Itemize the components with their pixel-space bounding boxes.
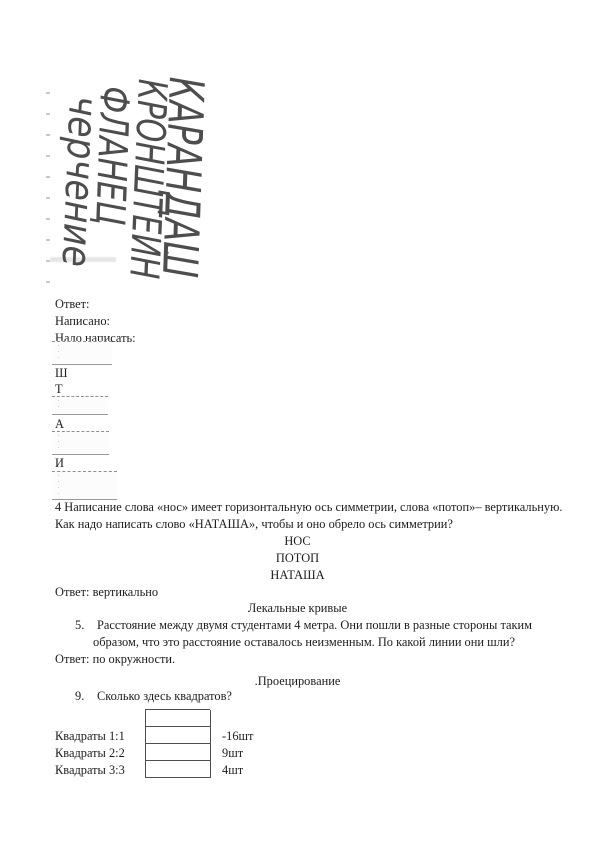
squares-count-label: Квадраты 3:3	[55, 762, 125, 779]
item-5-line-1: Расстояние между двумя студентами 4 метр…	[97, 617, 532, 634]
grid-cell	[146, 727, 163, 744]
item-5-number: 5.	[75, 617, 84, 634]
answer-label: Ответ:	[55, 296, 90, 313]
item-9-question: Сколько здесь квадратов?	[97, 688, 232, 705]
grid-cell	[162, 710, 179, 727]
symmetry-task-line-1: 4 Написание слова «нос» имеет горизонтал…	[55, 499, 562, 516]
projection-section-heading: .Проецирование	[0, 673, 595, 690]
scan-fragment-box	[52, 341, 112, 365]
scan-fragment-box	[52, 471, 117, 500]
grid-cell	[178, 727, 195, 744]
grid-cell	[178, 761, 195, 778]
symmetry-task-line-2: Как надо написать слово «НАТАША», чтобы …	[55, 516, 453, 533]
grid-cell	[194, 744, 211, 761]
lettering-word-karandash: КАРАНДАШ	[155, 76, 210, 278]
squares-count-label: Квадраты 2:2	[55, 745, 125, 762]
grid-cell	[162, 744, 179, 761]
grid-cell	[194, 727, 211, 744]
item-9-number: 9.	[75, 688, 84, 705]
grid-cell	[162, 727, 179, 744]
squares-count-value: 9шт	[222, 745, 243, 762]
squares-count-label: Квадраты 1:1	[55, 728, 125, 745]
scan-fragment-box	[52, 396, 108, 415]
practice-letter-sh: Ш	[55, 365, 68, 382]
grid-cell	[146, 761, 163, 778]
squares-count-value: -16шт	[222, 728, 253, 745]
grid-cell	[178, 744, 195, 761]
scan-tick-marks	[46, 92, 50, 292]
grid-cell	[146, 710, 163, 727]
document-page: черчение ФЛАНЕЦ КРОНШТЕЙН КАРАНДАШ Ответ…	[0, 0, 595, 842]
grid-cell	[178, 710, 195, 727]
example-word-nos: НОС	[0, 533, 595, 550]
grid-cell	[194, 710, 211, 727]
grid-cell	[194, 761, 211, 778]
curves-answer: Ответ: по окружности.	[55, 651, 175, 668]
scan-fragment-box	[52, 431, 109, 455]
curves-section-heading: Лекальные кривые	[0, 600, 595, 617]
example-word-potop: ПОТОП	[0, 550, 595, 567]
item-5-line-2: образом, что это расстояние оставалось н…	[93, 634, 515, 651]
grid-cell	[162, 761, 179, 778]
grid-cell	[146, 744, 163, 761]
squares-count-value: 4шт	[222, 762, 243, 779]
practice-letter-i: И	[55, 455, 64, 472]
symmetry-answer: Ответ: вертикально	[55, 584, 158, 601]
written-label: Написано:	[55, 313, 110, 330]
squares-grid	[145, 709, 210, 778]
example-word-natasha: НАТАША	[0, 567, 595, 584]
